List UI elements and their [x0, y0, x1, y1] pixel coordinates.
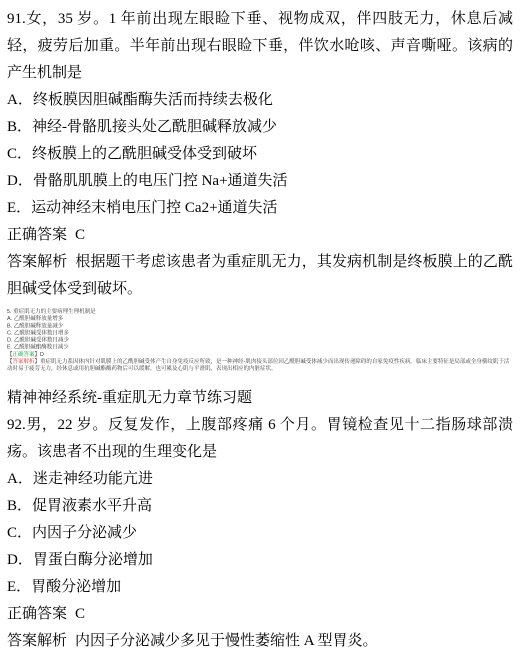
analysis-label: 答案解析: [7, 633, 67, 649]
answer-value: C: [75, 227, 85, 243]
embedded-analysis-label: 答案解析: [13, 359, 35, 365]
question-91-option-c: C．终板膜上的乙酰胆碱受体受到破坏: [7, 141, 513, 168]
question-92-option-b: B．促胃液素水平升高: [7, 493, 513, 520]
question-92-analysis-line: 答案解析内因子分泌减少多见于慢性萎缩性 A 型胃炎。: [7, 628, 513, 655]
section-title: 精神神经系统-重症肌无力章节练习题: [7, 385, 513, 412]
question-91-stem: 91.女，35 岁。1 年前出现左眼睑下垂、视物成双，伴四肢无力，休息后减轻，疲…: [7, 6, 513, 87]
answer-value: C: [75, 606, 85, 622]
question-92-option-e: E．胃酸分泌增加: [7, 574, 513, 601]
question-91-option-e: E．运动神经末梢电压门控 Ca2+通道失活: [7, 195, 513, 222]
embedded-option-c: C. 乙酰胆碱受体数目增多: [7, 329, 513, 336]
analysis-label: 答案解析: [7, 254, 67, 270]
embedded-answer-line: 【正确答案】D: [7, 351, 513, 358]
embedded-option-a: A. 乙酰胆碱释放量增多: [7, 315, 513, 322]
question-92-option-c: C．内因子分泌减少: [7, 520, 513, 547]
embedded-analysis-text: 重症肌无力系因体内针对肌膜上的乙酰胆碱受体产生自身免疫反应所致，是一种神经-肌肉…: [7, 359, 509, 372]
question-91-option-d: D．骨骼肌肌膜上的电压门控 Na+通道失活: [7, 168, 513, 195]
embedded-answer-label: 正确答案: [13, 351, 35, 357]
question-92-stem: 92.男，22 岁。反复发作，上腹部疼痛 6 个月。胃镜检查见十二指肠球部溃疡。…: [7, 412, 513, 466]
question-91-option-a: A．终板膜因胆碱酯酶失活而持续去极化: [7, 87, 513, 114]
question-92-option-a: A．迷走神经功能亢进: [7, 466, 513, 493]
exam-document: 91.女，35 岁。1 年前出现左眼睑下垂、视物成双，伴四肢无力，休息后减轻，疲…: [0, 0, 520, 655]
embedded-analysis-line: 【答案解析】重症肌无力系因体内针对肌膜上的乙酰胆碱受体产生自身免疫反应所致，是一…: [7, 358, 513, 372]
question-91-answer-line: 正确答案C: [7, 222, 513, 249]
question-91-analysis-line: 答案解析根据题干考虑该患者为重症肌无力，其发病机制是终板膜上的乙酰胆碱受体受到破…: [7, 249, 513, 303]
question-92-answer-line: 正确答案C: [7, 601, 513, 628]
question-91-option-b: B．神经-骨骼肌接头处乙酰胆碱释放减少: [7, 114, 513, 141]
embedded-quiz-screenshot: 5. 重症肌无力的主要病理生理机制是 A. 乙酰胆碱释放量增多 B. 乙酰胆碱释…: [7, 308, 513, 378]
embedded-option-e: E. 乙酰胆碱酯酶数目减少: [7, 344, 513, 351]
embedded-question: 5. 重症肌无力的主要病理生理机制是: [7, 308, 513, 315]
embedded-option-b: B. 乙酰胆碱释放量减少: [7, 322, 513, 329]
answer-label: 正确答案: [7, 606, 67, 622]
embedded-answer-value: D: [40, 351, 44, 357]
embedded-option-d: D. 乙酰胆碱受体数目减少: [7, 337, 513, 344]
document-page: { "page": { "background": "#ffffff", "te…: [0, 0, 520, 659]
analysis-text: 根据题干考虑该患者为重症肌无力，其发病机制是终板膜上的乙酰胆碱受体受到破坏。: [7, 254, 513, 297]
answer-label: 正确答案: [7, 227, 67, 243]
analysis-text: 内因子分泌减少多见于慢性萎缩性 A 型胃炎。: [75, 633, 378, 649]
question-92-option-d: D．胃蛋白酶分泌增加: [7, 547, 513, 574]
